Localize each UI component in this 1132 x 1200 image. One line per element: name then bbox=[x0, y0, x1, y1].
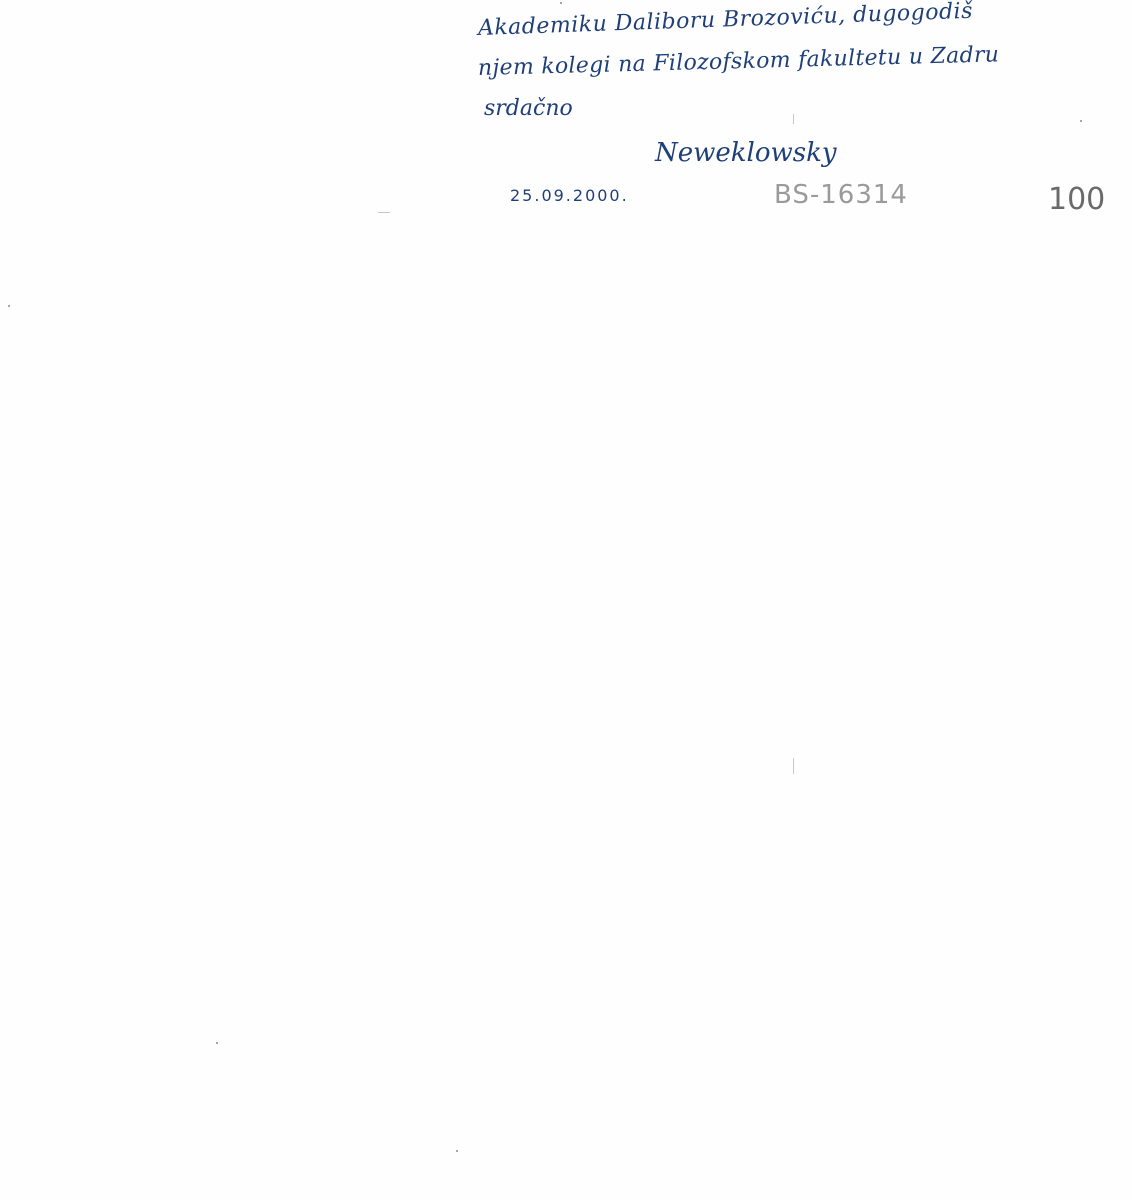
paper-mark bbox=[378, 212, 390, 213]
pencil-price: 100 bbox=[1048, 182, 1105, 217]
scanned-page: Akademiku Daliboru Brozoviću, dugogodiš … bbox=[0, 0, 1132, 1200]
dedication-line-1: Akademiku Daliboru Brozoviću, dugogodiš bbox=[478, 0, 974, 41]
dedication-line-2: njem kolegi na Filozofskom fakultetu u Z… bbox=[478, 42, 1000, 81]
dedication-date: 25.09.2000. bbox=[510, 186, 629, 205]
dedication-line-3: srdačno bbox=[484, 96, 573, 121]
paper-mark bbox=[793, 758, 794, 774]
paper-speck bbox=[8, 305, 10, 307]
paper-speck bbox=[456, 1150, 458, 1152]
paper-speck bbox=[560, 2, 562, 4]
paper-mark bbox=[793, 114, 794, 124]
signature: Neweklowsky bbox=[655, 138, 837, 168]
pencil-call-number: BS-16314 bbox=[774, 180, 908, 210]
paper-speck bbox=[1080, 120, 1082, 122]
paper-speck bbox=[216, 1042, 218, 1044]
